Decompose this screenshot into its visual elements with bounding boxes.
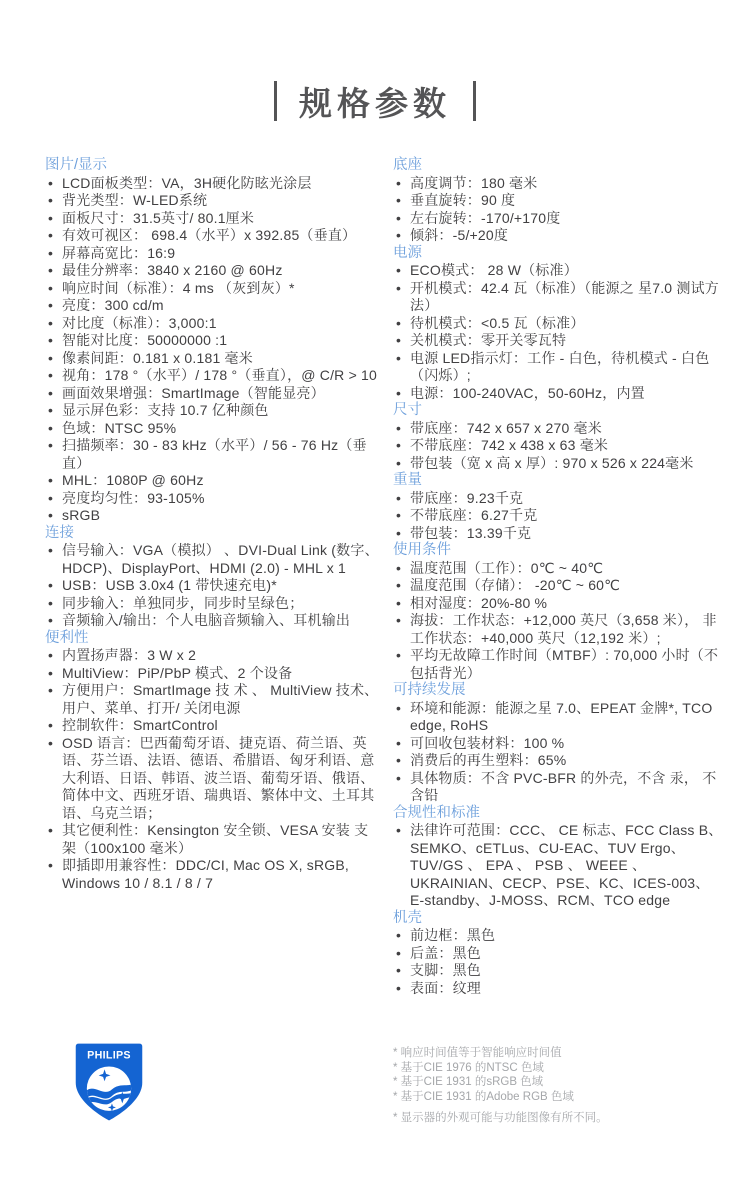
- section-heading: 尺寸: [393, 402, 723, 420]
- spec-item: OSD 语言：巴西葡萄牙语、捷克语、荷兰语、英语、芬兰语、法语、德语、希腊语、匈…: [45, 735, 379, 823]
- spec-item: 像素间距：0.181 x 0.181 毫米: [45, 350, 379, 368]
- section-heading: 可持续发展: [393, 682, 723, 700]
- spec-item: 垂直旋转：90 度: [393, 192, 723, 210]
- spec-section: 连接 信号输入：VGA（模拟） 、DVI-Dual Link (数字、 HDCP…: [45, 525, 379, 630]
- spec-section: 便利性 内置扬声器：3 W x 2MultiView：PiP/PbP 模式、2 …: [45, 630, 379, 893]
- spec-item: sRGB: [45, 507, 379, 525]
- footnote: * 基于CIE 1976 的NTSC 色域: [393, 1061, 723, 1076]
- spec-item: 最佳分辨率：3840 x 2160 @ 60Hz: [45, 262, 379, 280]
- spec-item: 温度范围（工作）：0℃ ~ 40℃: [393, 560, 723, 578]
- section-item-list: 温度范围（工作）：0℃ ~ 40℃温度范围（存储）： -20℃ ~ 60℃相对湿…: [393, 560, 723, 683]
- spec-item: 画面效果增强：SmartImage（智能显亮）: [45, 385, 379, 403]
- spec-section: 重量 带底座：9.23千克不带底座：6.27千克带包装：13.39千克: [393, 472, 723, 542]
- spec-item: 相对湿度：20%-80 %: [393, 595, 723, 613]
- spec-item: MHL：1080P @ 60Hz: [45, 472, 379, 490]
- spec-item: 方便用户：SmartImage 技 术 、 MultiView 技术、用户、菜单…: [45, 682, 379, 717]
- spec-item: 表面：纹理: [393, 980, 723, 998]
- footnote: * 基于CIE 1931 的sRGB 色域: [393, 1075, 723, 1090]
- spec-item: 待机模式：<0.5 瓦（标准）: [393, 315, 723, 333]
- section-heading: 图片/显示: [45, 157, 379, 175]
- spec-item: 显示屏色彩：支持 10.7 亿种颜色: [45, 402, 379, 420]
- spec-item: 带底座：742 x 657 x 270 毫米: [393, 420, 723, 438]
- spec-item: 带包装：13.39千克: [393, 525, 723, 543]
- page-title: 规格参数: [299, 78, 451, 125]
- section-item-list: 信号输入：VGA（模拟） 、DVI-Dual Link (数字、 HDCP)、D…: [45, 542, 379, 630]
- spec-item: 具体物质：不含 PVC-BFR 的外壳，不含 汞， 不含铅: [393, 770, 723, 805]
- spec-section: 图片/显示 LCD面板类型：VA，3H硬化防眩光涂层背光类型：W-LED系统面板…: [45, 157, 379, 525]
- spec-section: 底座 高度调节：180 毫米垂直旋转：90 度左右旋转：-170/+170度倾斜…: [393, 157, 723, 245]
- spec-item: 面板尺寸：31.5英寸/ 80.1厘米: [45, 210, 379, 228]
- spec-item: 即插即用兼容性：DDC/CI, Mac OS X, sRGB, Windows …: [45, 857, 379, 892]
- spec-item: 屏幕高宽比：16:9: [45, 245, 379, 263]
- section-item-list: ECO模式： 28 W（标准）开机模式：42.4 瓦（标准）（能源之 星7.0 …: [393, 262, 723, 402]
- spec-item: MultiView：PiP/PbP 模式、2 个设备: [45, 665, 379, 683]
- spec-item: 智能对比度：50000000 :1: [45, 332, 379, 350]
- spec-section: 可持续发展 环境和能源：能源之星 7.0、EPEAT 金牌*, TCO edge…: [393, 682, 723, 805]
- spec-item: 倾斜：-5/+20度: [393, 227, 723, 245]
- section-item-list: 内置扬声器：3 W x 2MultiView：PiP/PbP 模式、2 个设备方…: [45, 647, 379, 892]
- section-item-list: 带底座：9.23千克不带底座：6.27千克带包装：13.39千克: [393, 490, 723, 543]
- spec-item: 环境和能源：能源之星 7.0、EPEAT 金牌*, TCO edge, RoHS: [393, 700, 723, 735]
- spec-section: 使用条件 温度范围（工作）：0℃ ~ 40℃温度范围（存储）： -20℃ ~ 6…: [393, 542, 723, 682]
- spec-item: ECO模式： 28 W（标准）: [393, 262, 723, 280]
- spec-item: 不带底座：742 x 438 x 63 毫米: [393, 437, 723, 455]
- spec-item: 电源：100-240VAC，50-60Hz，内置: [393, 385, 723, 403]
- spec-item: 扫描频率：30 - 83 kHz（水平）/ 56 - 76 Hz（垂直）: [45, 437, 379, 472]
- spec-item: 响应时间（标准）：4 ms （灰到灰）*: [45, 280, 379, 298]
- spec-item: USB：USB 3.0x4 (1 带快速充电)*: [45, 577, 379, 595]
- spec-item: 内置扬声器：3 W x 2: [45, 647, 379, 665]
- title-bar-left: [274, 81, 277, 121]
- spec-item: 温度范围（存储）： -20℃ ~ 60℃: [393, 577, 723, 595]
- spec-item: 同步输入：单独同步，同步时呈绿色；: [45, 595, 379, 613]
- section-heading: 电源: [393, 245, 723, 263]
- spec-item: 其它便利性：Kensington 安全锁、VESA 安装 支架（100x100 …: [45, 822, 379, 857]
- spec-item: 电源 LED指示灯：工作 - 白色，待机模式 - 白色（闪烁）;: [393, 350, 723, 385]
- section-item-list: 带底座：742 x 657 x 270 毫米不带底座：742 x 438 x 6…: [393, 420, 723, 473]
- spec-item: LCD面板类型：VA，3H硬化防眩光涂层: [45, 175, 379, 193]
- footnote: * 响应时间值等于智能响应时间值: [393, 1046, 723, 1061]
- spec-section: 尺寸 带底座：742 x 657 x 270 毫米不带底座：742 x 438 …: [393, 402, 723, 472]
- spec-item: 可回收包装材料：100 %: [393, 735, 723, 753]
- spec-item: 对比度（标准）：3,000:1: [45, 315, 379, 333]
- spec-item: 平均无故障工作时间（MTBF）: 70,000 小时（不包括背光）: [393, 647, 723, 682]
- spec-item: 背光类型：W-LED系统: [45, 192, 379, 210]
- footnotes: * 响应时间值等于智能响应时间值* 基于CIE 1976 的NTSC 色域* 基…: [393, 1046, 723, 1126]
- spec-item: 色域：NTSC 95%: [45, 420, 379, 438]
- spec-section: 机壳 前边框：黑色后盖：黑色支脚：黑色表面：纹理: [393, 910, 723, 998]
- spec-item: 带包装（宽 x 高 x 厚）: 970 x 526 x 224毫米: [393, 455, 723, 473]
- spec-item: 支脚：黑色: [393, 962, 723, 980]
- spec-item: 视角：178 °（水平）/ 178 °（垂直），@ C/R > 10: [45, 367, 379, 385]
- footnote: * 显示器的外观可能与功能图像有所不同。: [393, 1111, 723, 1126]
- section-item-list: LCD面板类型：VA，3H硬化防眩光涂层背光类型：W-LED系统面板尺寸：31.…: [45, 175, 379, 525]
- spec-page: 规格参数 图片/显示 LCD面板类型：VA，3H硬化防眩光涂层背光类型：W-LE…: [0, 0, 750, 1203]
- spec-item: 高度调节：180 毫米: [393, 175, 723, 193]
- section-heading: 底座: [393, 157, 723, 175]
- spec-item: 有效可视区： 698.4（水平）x 392.85（垂直）: [45, 227, 379, 245]
- page-title-row: 规格参数: [0, 78, 750, 124]
- spec-item: 带底座：9.23千克: [393, 490, 723, 508]
- spec-section: 电源 ECO模式： 28 W（标准）开机模式：42.4 瓦（标准）（能源之 星7…: [393, 245, 723, 403]
- spec-item: 信号输入：VGA（模拟） 、DVI-Dual Link (数字、 HDCP)、D…: [45, 542, 379, 577]
- section-item-list: 前边框：黑色后盖：黑色支脚：黑色表面：纹理: [393, 927, 723, 997]
- section-heading: 便利性: [45, 630, 379, 648]
- spec-item: 关机模式：零开关零瓦特: [393, 332, 723, 350]
- spec-item: 前边框：黑色: [393, 927, 723, 945]
- footnote: * 基于CIE 1931 的Adobe RGB 色域: [393, 1090, 723, 1105]
- philips-logo: PHILIPS: [75, 1042, 143, 1122]
- section-heading: 连接: [45, 525, 379, 543]
- spec-item: 不带底座：6.27千克: [393, 507, 723, 525]
- philips-shield-icon: PHILIPS: [75, 1042, 143, 1122]
- title-bar-right: [473, 81, 476, 121]
- spec-item: 海拔：工作状态：+12,000 英尺（3,658 米）， 非工作状态：+40,0…: [393, 612, 723, 647]
- spec-item: 亮度均匀性：93-105%: [45, 490, 379, 508]
- section-item-list: 法律许可范围：CCC、 CE 标志、FCC Class B、SEMKO、cETL…: [393, 822, 723, 910]
- spec-column-right: 底座 高度调节：180 毫米垂直旋转：90 度左右旋转：-170/+170度倾斜…: [393, 157, 723, 997]
- spec-section: 合规性和标准 法律许可范围：CCC、 CE 标志、FCC Class B、SEM…: [393, 805, 723, 910]
- section-heading: 合规性和标准: [393, 805, 723, 823]
- section-heading: 机壳: [393, 910, 723, 928]
- spec-item: 后盖：黑色: [393, 945, 723, 963]
- spec-item: 音频输入/输出：个人电脑音频输入、耳机输出: [45, 612, 379, 630]
- section-item-list: 环境和能源：能源之星 7.0、EPEAT 金牌*, TCO edge, RoHS…: [393, 700, 723, 805]
- spec-column-left: 图片/显示 LCD面板类型：VA，3H硬化防眩光涂层背光类型：W-LED系统面板…: [45, 157, 379, 892]
- spec-item: 法律许可范围：CCC、 CE 标志、FCC Class B、SEMKO、cETL…: [393, 822, 723, 910]
- section-heading: 使用条件: [393, 542, 723, 560]
- section-heading: 重量: [393, 472, 723, 490]
- spec-item: 控制软件：SmartControl: [45, 717, 379, 735]
- section-item-list: 高度调节：180 毫米垂直旋转：90 度左右旋转：-170/+170度倾斜：-5…: [393, 175, 723, 245]
- philips-wordmark: PHILIPS: [87, 1049, 131, 1061]
- spec-item: 开机模式：42.4 瓦（标准）（能源之 星7.0 测试方法）: [393, 280, 723, 315]
- spec-item: 亮度：300 cd/m: [45, 297, 379, 315]
- spec-item: 左右旋转：-170/+170度: [393, 210, 723, 228]
- spec-item: 消费后的再生塑料：65%: [393, 752, 723, 770]
